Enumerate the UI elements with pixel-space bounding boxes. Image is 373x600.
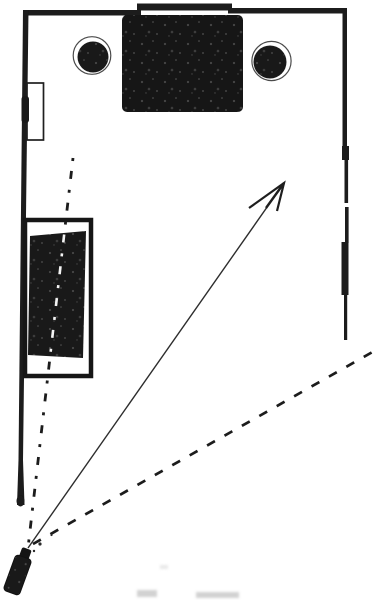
left-wall-end	[17, 496, 25, 507]
floor-plan-figure	[0, 0, 373, 600]
speck-dot	[38, 542, 41, 545]
wall-bay-jamb	[22, 96, 30, 123]
camera	[3, 546, 35, 596]
right-wall-thick	[342, 242, 349, 295]
round-furniture-left	[73, 37, 111, 75]
disc-left	[78, 42, 109, 73]
right-wall-jog	[342, 146, 349, 160]
sight-line-right-dashed	[33, 350, 373, 544]
top-wall-left	[23, 10, 141, 16]
right-wall-mid2	[345, 207, 349, 243]
speck-dot	[50, 534, 52, 536]
camera-body	[3, 554, 32, 596]
right-wall-mid	[345, 158, 349, 203]
right-wall-bottom	[344, 294, 347, 340]
speck-dot	[33, 550, 35, 552]
disc-right	[254, 46, 287, 79]
wall-bay-left	[27, 83, 44, 140]
top-wall-bay	[137, 4, 232, 11]
bed	[122, 15, 243, 112]
right-wall-top	[343, 8, 348, 148]
dresser-left	[25, 220, 91, 376]
figure-page	[0, 0, 373, 600]
top-wall-right	[228, 8, 347, 14]
caption-smudge-tiny	[160, 565, 168, 569]
dresser-fill	[28, 231, 86, 358]
caption-smudge-left	[137, 590, 157, 597]
caption-smudge-right	[196, 592, 239, 598]
caption-fragment	[137, 565, 239, 598]
round-furniture-right	[252, 41, 291, 80]
